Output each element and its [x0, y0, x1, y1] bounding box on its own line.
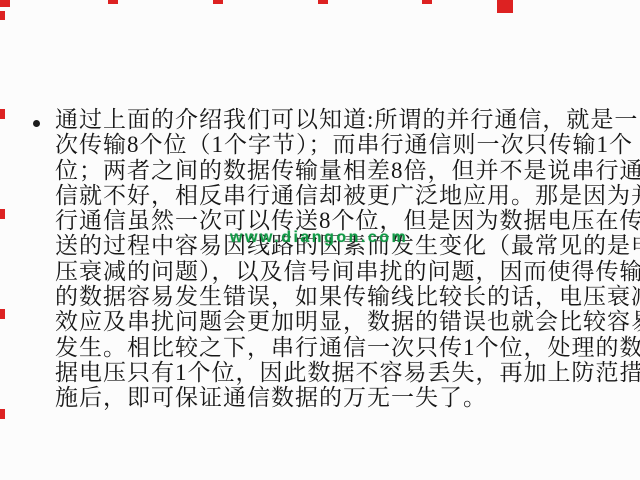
paragraph-line: 次传输8个位（1个字节）；而串行通信则一次只传输1个: [55, 132, 640, 157]
red-artifact-mark: [422, 0, 432, 4]
red-artifact-mark: [0, 209, 5, 219]
red-artifact-mark: [318, 0, 328, 4]
slide-page: 通过上面的介绍我们可以知道:所谓的并行通信，就是一次传输8个位（1个字节）；而串…: [0, 0, 640, 480]
red-artifact-mark: [497, 0, 513, 13]
paragraph-line: 信就不好，相反串行通信却被更广泛地应用。那是因为并: [55, 183, 640, 208]
paragraph-line: 效应及串扰问题会更加明显，数据的错误也就会比较容易: [55, 309, 640, 334]
red-artifact-mark: [0, 0, 10, 7]
red-artifact-mark: [108, 0, 118, 4]
paragraph-line: 压衰减的问题），以及信号间串扰的问题，因而使得传输: [55, 259, 640, 284]
paragraph-line: 位；两者之间的数据传输量相差8倍，但并不是说串行通: [55, 158, 640, 183]
paragraph-line: 据电压只有1个位，因此数据不容易丢失，再加上防范措: [55, 360, 640, 385]
paragraph-line: 的数据容易发生错误，如果传输线比较长的话，电压衰减: [55, 284, 640, 309]
red-artifact-mark: [0, 11, 5, 20]
paragraph-line: 发生。相比较之下，串行通信一次只传1个位，处理的数: [55, 335, 640, 360]
bullet-marker: [33, 120, 40, 127]
red-artifact-mark: [0, 109, 5, 119]
watermark-text: www.diangon.com: [230, 229, 408, 247]
paragraph-line: 施后，即可保证通信数据的万无一失了。: [55, 385, 640, 410]
paragraph-line: 通过上面的介绍我们可以知道:所谓的并行通信，就是一: [55, 107, 640, 132]
paragraph: 通过上面的介绍我们可以知道:所谓的并行通信，就是一次传输8个位（1个字节）；而串…: [55, 107, 640, 411]
red-artifact-mark: [0, 409, 5, 419]
red-artifact-mark: [213, 0, 223, 4]
red-artifact-mark: [0, 309, 5, 319]
